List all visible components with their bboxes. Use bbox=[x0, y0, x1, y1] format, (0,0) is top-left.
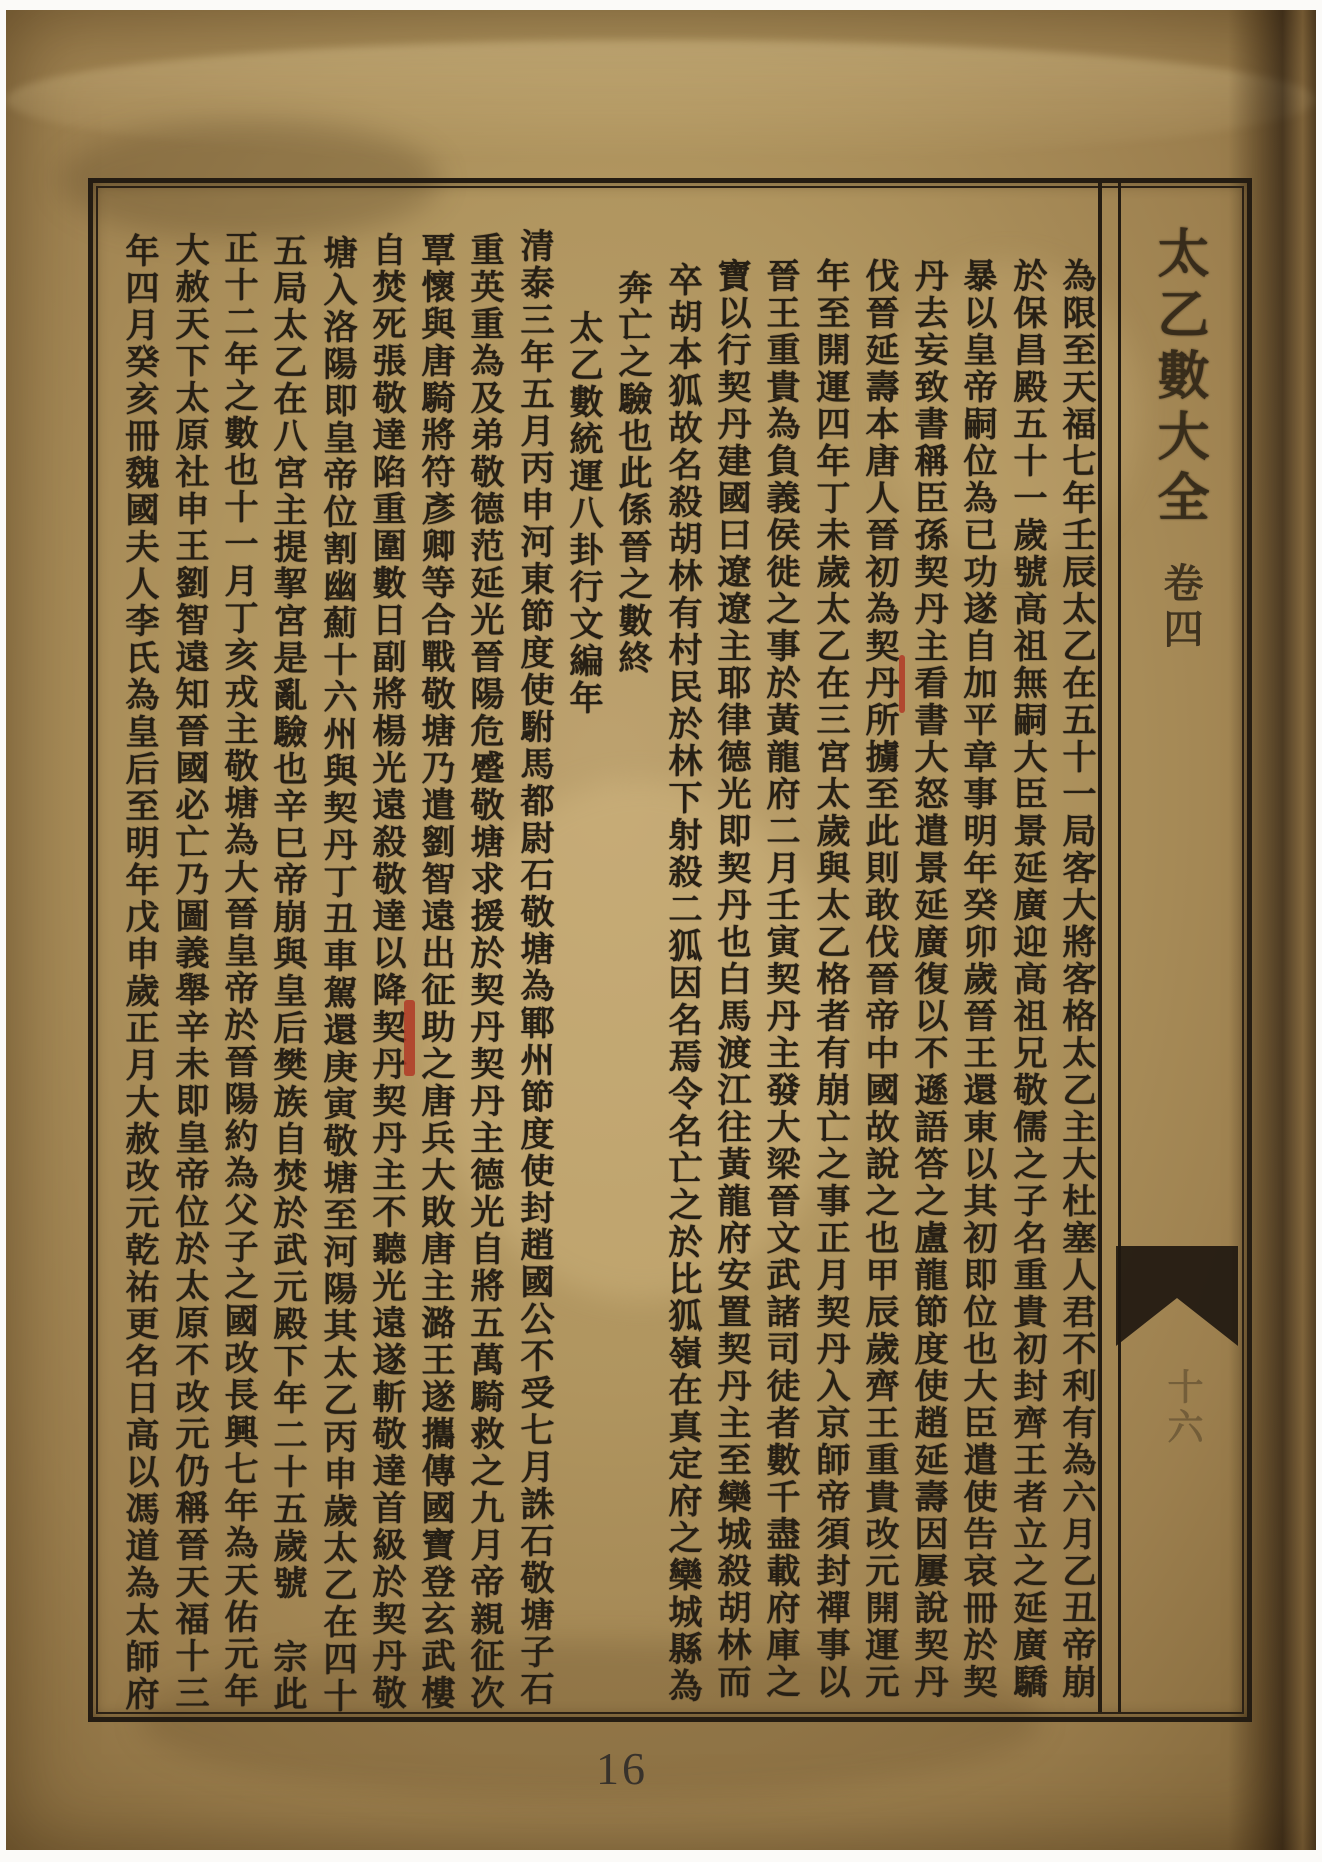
text-column-19: 大赦天下太原社申王劉智遠知晉國必亡乃圖義舉辛未即皇帝位於太原不改元仍稱晉天福十三 bbox=[165, 232, 211, 1712]
text-column-3: 暴以皇帝嗣位為已功遂自加平章事明年癸卯歲晉王還東以其初即位也大臣遣使告哀冊於契 bbox=[953, 258, 999, 1701]
vermilion-mark-2 bbox=[404, 1000, 415, 1076]
margin-chapter-label: 卷四 bbox=[1152, 562, 1209, 654]
text-column-18: 正十二年之數也十一月丁亥戎主敬塘為大晉皇帝於晉陽約為父子之國改長興七年為天佑元年 bbox=[214, 230, 260, 1710]
text-column-2: 於保昌殿五十一歲號高祖無嗣大臣景延廣迎高祖兄敬儒之子名重貴初封齊王者立之延廣驕 bbox=[1003, 258, 1049, 1701]
text-column-15: 自焚死張敬達陷重圍數日副將楊光遠殺敬達以降契丹契丹主不聽光遠遂斬敬達首級於契丹敬 bbox=[362, 232, 408, 1712]
text-column-9: 卒胡本狐故名殺胡林有村民於林下射殺二狐因名焉令名亡之於比狐嶺在真定府之欒城縣為 bbox=[658, 262, 704, 1705]
text-column-16: 塘入洛陽即皇帝位割幽薊十六州與契丹丁丑車駕還庚寅敬塘至河陽其太乙丙申歲太乙在四十 bbox=[313, 235, 359, 1715]
text-column-11: 太乙數統運八卦行文編年 bbox=[559, 310, 605, 717]
margin-folio-number: 十六 bbox=[1158, 1368, 1209, 1448]
text-column-17: 五局太乙在八宮主提挈宮是亂驗也辛巳帝崩與皇后樊族自焚於武元殿下年二十五歲號 宗此 bbox=[263, 233, 309, 1713]
scanned-book-page: 為限至天福七年壬辰太乙在五十一局客大將客格太乙主大杜塞人君不利有為六月乙丑帝崩於… bbox=[0, 0, 1322, 1862]
margin-divider-line bbox=[1098, 178, 1121, 1712]
margin-book-title: 太乙數大全 bbox=[1140, 226, 1215, 531]
text-column-12: 清泰三年五月丙申河東節度使駙馬都尉石敬塘為鄆州節度使封趙國公不受七月誅石敬塘子石 bbox=[510, 228, 556, 1708]
text-column-7: 晉王重貴為負義侯徙之事於黃龍府二月壬寅契丹主發大梁晉文武諸司徒者數千盡載府庫之 bbox=[756, 258, 802, 1701]
text-column-1: 為限至天福七年壬辰太乙在五十一局客大將客格太乙主大杜塞人君不利有為六月乙丑帝崩 bbox=[1052, 258, 1098, 1701]
vermilion-mark-1 bbox=[899, 655, 905, 713]
text-column-8: 寶以行契丹建國曰遼遼主耶律德光即契丹也白馬渡江往黃龍府安置契丹主至欒城殺胡林而 bbox=[707, 258, 753, 1701]
text-column-5: 伐晉延壽本唐人晉初為契丹所擄至此則敢伐晉帝中國故說之也甲辰歲齊王重貴改元開運元 bbox=[855, 258, 901, 1701]
text-column-14: 覃懷與唐騎將符彥卿等合戰敬塘乃遣劉智遠出征助之唐兵大敗唐主潞王遂攜傳國寶登玄武樓 bbox=[411, 232, 457, 1712]
page-number-stamp: 16 bbox=[596, 1742, 648, 1795]
scan-edge bbox=[1316, 0, 1322, 1862]
text-column-20: 年四月癸亥冊魏國夫人李氏為皇后至明年戊申歲正月大赦改元乾祐更名日高以馮道為太師府 bbox=[115, 233, 161, 1713]
text-column-10: 奔亡之驗也此係晉之數終 bbox=[608, 270, 654, 677]
scan-edge bbox=[0, 1850, 1322, 1862]
text-column-6: 年至開運四年丁未歲太乙在三宮太歲與太乙格者有崩亡之事正月契丹入京師帝須封禪事以 bbox=[806, 258, 852, 1701]
text-column-13: 重英重為及弟敬德范延光晉陽危蹙敬塘求援於契丹契丹主德光自將五萬騎救之九月帝親征次 bbox=[460, 232, 506, 1712]
text-column-4: 丹去妄致書稱臣孫契丹主看書大怒遣景延廣復以不遜語答之盧龍節度使趙延壽因屢說契丹 bbox=[904, 258, 950, 1701]
scan-edge bbox=[0, 0, 6, 1862]
scan-edge bbox=[0, 0, 1322, 10]
